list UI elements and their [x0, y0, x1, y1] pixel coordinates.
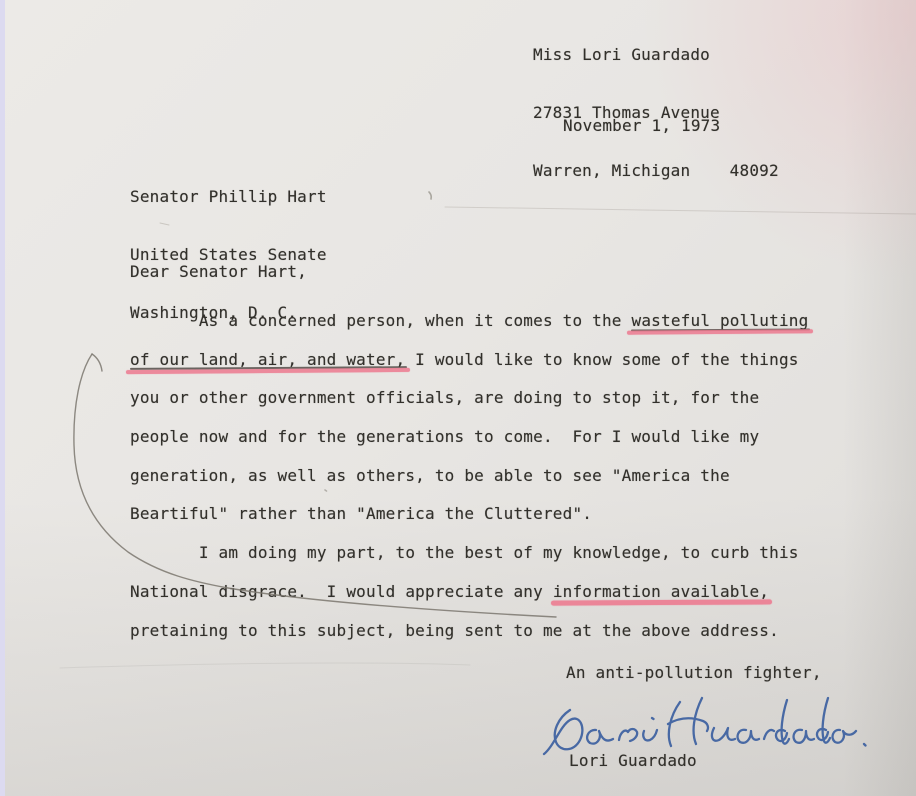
body-line: As a concerned person, when it comes to … — [130, 302, 808, 341]
pencil-arrowhead — [92, 354, 102, 371]
body-text: I would like to know some of the things — [405, 350, 798, 369]
date-line: November 1, 1973 — [563, 116, 720, 135]
underlined-phrase: of our land, air, and water, — [130, 350, 405, 369]
return-address: Miss Lori Guardado 27831 Thomas Avenue W… — [533, 6, 779, 219]
paper-edge — [0, 0, 5, 796]
inside-address-line: Senator Phillip Hart — [130, 187, 327, 206]
body-line: generation, as well as others, to be abl… — [130, 457, 808, 496]
return-address-line: Warren, Michigan 48092 — [533, 161, 779, 180]
body-text: people now and for the generations to co… — [130, 427, 759, 446]
body-line: pretaining to this subject, being sent t… — [130, 612, 808, 651]
letter-page: Miss Lori Guardado 27831 Thomas Avenue W… — [0, 0, 916, 796]
fold-crease-bottom — [60, 663, 470, 668]
body-line: I am doing my part, to the best of my kn… — [130, 534, 808, 573]
body-text: you or other government officials, are d… — [130, 388, 759, 407]
letter-body: As a concerned person, when it comes to … — [130, 302, 808, 650]
pencil-speck — [429, 192, 431, 199]
body-line: Beartiful" rather than "America the Clut… — [130, 495, 808, 534]
body-text: As a concerned person, when it comes to … — [130, 311, 631, 330]
typed-signature-name: Lori Guardado — [569, 751, 697, 770]
underlined-phrase: wasteful polluting — [631, 311, 808, 330]
body-text: pretaining to this subject, being sent t… — [130, 621, 779, 640]
underlined-phrase: information available, — [553, 582, 769, 601]
body-line: of our land, air, and water, I would lik… — [130, 341, 808, 380]
body-line: you or other government officials, are d… — [130, 379, 808, 418]
body-text: generation, as well as others, to be abl… — [130, 466, 730, 485]
body-text: I am doing my part, to the best of my kn… — [130, 543, 799, 562]
salutation: Dear Senator Hart, — [130, 262, 307, 281]
body-line: National disgrace. I would appreciate an… — [130, 573, 808, 612]
closing-line: An anti-pollution fighter, — [566, 663, 822, 682]
body-line: people now and for the generations to co… — [130, 418, 808, 457]
body-text: Beartiful" rather than "America the Clut… — [130, 504, 592, 523]
return-address-line: Miss Lori Guardado — [533, 45, 779, 64]
body-text: National disgrace. I would appreciate an… — [130, 582, 553, 601]
